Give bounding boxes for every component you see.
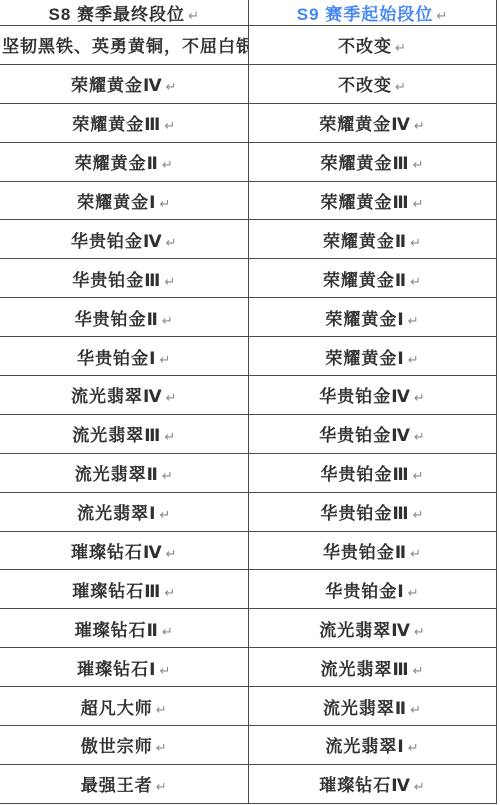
cell-s8-rank: 傲世宗师↵	[0, 726, 248, 765]
s8-rank-text: 流光翡翠Ⅱ	[75, 465, 159, 484]
table-row: 流光翡翠Ⅲ↵ 华贵铂金Ⅳ↵	[0, 414, 496, 453]
s9-rank-text: 华贵铂金Ⅳ	[319, 426, 411, 445]
table-header: S8 赛季最终段位↵ S9 赛季起始段位↵	[0, 0, 496, 26]
table-row: 荣耀黄金Ⅱ↵ 荣耀黄金Ⅲ↵	[0, 142, 496, 181]
return-mark-icon: ↵	[408, 740, 419, 755]
cell-s9-rank: 流光翡翠Ⅲ↵	[248, 648, 496, 687]
return-mark-icon: ↵	[413, 663, 424, 678]
table-row: 璀璨钻石Ⅰ↵ 流光翡翠Ⅲ↵	[0, 648, 496, 687]
table-row: 流光翡翠Ⅱ↵ 华贵铂金Ⅲ↵	[0, 453, 496, 492]
cell-s8-rank: 流光翡翠Ⅰ↵	[0, 492, 248, 531]
cell-s8-rank: 流光翡翠Ⅳ↵	[0, 376, 248, 415]
return-mark-icon: ↵	[159, 352, 170, 367]
table-row: 荣耀黄金Ⅲ↵ 荣耀黄金Ⅳ↵	[0, 103, 496, 142]
s9-rank-text: 华贵铂金Ⅰ	[325, 582, 404, 601]
s8-rank-text: 流光翡翠Ⅲ	[72, 426, 161, 445]
return-mark-icon: ↵	[162, 468, 173, 483]
table-row: 坚韧黑铁、英勇黄铜，不屈白银↵ 不改变↵	[0, 26, 496, 65]
return-mark-icon: ↵	[413, 507, 424, 522]
cell-s8-rank: 荣耀黄金Ⅲ↵	[0, 103, 248, 142]
cell-s8-rank: 华贵铂金Ⅳ↵	[0, 220, 248, 259]
s9-rank-text: 流光翡翠Ⅳ	[319, 621, 411, 640]
table-row: 华贵铂金Ⅲ↵ 荣耀黄金Ⅱ↵	[0, 259, 496, 298]
s9-rank-text: 华贵铂金Ⅳ	[319, 387, 411, 406]
cell-s9-rank: 不改变↵	[248, 64, 496, 103]
s8-rank-text: 华贵铂金Ⅳ	[71, 232, 163, 251]
return-mark-icon: ↵	[414, 779, 425, 794]
s8-rank-text: 流光翡翠Ⅳ	[71, 387, 163, 406]
cell-s9-rank: 荣耀黄金Ⅲ↵	[248, 181, 496, 220]
cell-s9-rank: 华贵铂金Ⅰ↵	[248, 570, 496, 609]
return-mark-icon: ↵	[408, 352, 419, 367]
cell-s9-rank: 流光翡翠Ⅳ↵	[248, 609, 496, 648]
return-mark-icon: ↵	[162, 313, 173, 328]
cell-s9-rank: 华贵铂金Ⅲ↵	[248, 453, 496, 492]
s8-rank-text: 璀璨钻石Ⅱ	[75, 621, 159, 640]
return-mark-icon: ↵	[413, 157, 424, 172]
cell-s9-rank: 荣耀黄金Ⅰ↵	[248, 298, 496, 337]
return-mark-icon: ↵	[156, 702, 167, 717]
return-mark-icon: ↵	[166, 235, 177, 250]
return-mark-icon: ↵	[164, 274, 175, 289]
rank-conversion-table: S8 赛季最终段位↵ S9 赛季起始段位↵ 坚韧黑铁、英勇黄铜，不屈白银↵ 不改…	[0, 0, 497, 804]
cell-s9-rank: 荣耀黄金Ⅲ↵	[248, 142, 496, 181]
cell-s8-rank: 超凡大师↵	[0, 687, 248, 726]
return-mark-icon: ↵	[166, 79, 177, 94]
return-mark-icon: ↵	[156, 740, 167, 755]
cell-s9-rank: 华贵铂金Ⅳ↵	[248, 414, 496, 453]
return-mark-icon: ↵	[164, 118, 175, 133]
return-mark-icon: ↵	[408, 585, 419, 600]
s8-rank-text: 荣耀黄金Ⅳ	[71, 76, 163, 95]
cell-s8-rank: 流光翡翠Ⅱ↵	[0, 453, 248, 492]
table-row: 华贵铂金Ⅰ↵ 荣耀黄金Ⅰ↵	[0, 337, 496, 376]
cell-s9-rank: 不改变↵	[248, 26, 496, 65]
table-row: 傲世宗师↵ 流光翡翠Ⅰ↵	[0, 726, 496, 765]
cell-s9-rank: 流光翡翠Ⅰ↵	[248, 726, 496, 765]
s9-rank-text: 不改变	[338, 76, 392, 95]
table-row: 流光翡翠Ⅳ↵ 华贵铂金Ⅳ↵	[0, 376, 496, 415]
cell-s8-rank: 璀璨钻石Ⅲ↵	[0, 570, 248, 609]
s9-rank-text: 华贵铂金Ⅲ	[321, 504, 410, 523]
table-row: 荣耀黄金Ⅰ↵ 荣耀黄金Ⅲ↵	[0, 181, 496, 220]
s9-rank-text: 流光翡翠Ⅱ	[323, 699, 407, 718]
header-s9-text: S9 赛季起始段位	[297, 5, 434, 24]
s8-rank-text: 最强王者	[81, 776, 153, 795]
cell-s8-rank: 璀璨钻石Ⅳ↵	[0, 531, 248, 570]
s9-rank-text: 璀璨钻石Ⅳ	[319, 776, 411, 795]
cell-s9-rank: 荣耀黄金Ⅱ↵	[248, 220, 496, 259]
return-mark-icon: ↵	[395, 40, 406, 55]
s8-rank-text: 傲世宗师	[81, 737, 153, 756]
return-mark-icon: ↵	[159, 663, 170, 678]
cell-s8-rank: 荣耀黄金Ⅱ↵	[0, 142, 248, 181]
cell-s9-rank: 荣耀黄金Ⅳ↵	[248, 103, 496, 142]
return-mark-icon: ↵	[164, 429, 175, 444]
cell-s9-rank: 华贵铂金Ⅱ↵	[248, 531, 496, 570]
s9-rank-text: 荣耀黄金Ⅳ	[319, 115, 411, 134]
table-body: 坚韧黑铁、英勇黄铜，不屈白银↵ 不改变↵ 荣耀黄金Ⅳ↵ 不改变↵ 荣耀黄金Ⅲ↵ …	[0, 26, 496, 804]
s9-rank-text: 荣耀黄金Ⅰ	[325, 349, 404, 368]
cell-s8-rank: 最强王者↵	[0, 764, 248, 803]
table-row: 荣耀黄金Ⅳ↵ 不改变↵	[0, 64, 496, 103]
cell-s8-rank: 荣耀黄金Ⅰ↵	[0, 181, 248, 220]
return-mark-icon: ↵	[166, 390, 177, 405]
s8-rank-text: 璀璨钻石Ⅲ	[72, 582, 161, 601]
s8-rank-text: 荣耀黄金Ⅲ	[72, 115, 161, 134]
return-mark-icon: ↵	[414, 429, 425, 444]
s9-rank-text: 荣耀黄金Ⅱ	[323, 232, 407, 251]
s8-rank-text: 华贵铂金Ⅲ	[72, 271, 161, 290]
return-mark-icon: ↵	[156, 779, 167, 794]
cell-s9-rank: 华贵铂金Ⅲ↵	[248, 492, 496, 531]
s8-rank-text: 荣耀黄金Ⅱ	[75, 154, 159, 173]
return-mark-icon: ↵	[410, 274, 421, 289]
cell-s9-rank: 华贵铂金Ⅳ↵	[248, 376, 496, 415]
cell-s8-rank: 华贵铂金Ⅰ↵	[0, 337, 248, 376]
return-mark-icon: ↵	[410, 546, 421, 561]
return-mark-icon: ↵	[162, 624, 173, 639]
s8-rank-text: 华贵铂金Ⅰ	[77, 349, 156, 368]
s9-rank-text: 荣耀黄金Ⅲ	[321, 154, 410, 173]
return-mark-icon: ↵	[166, 546, 177, 561]
table-row: 璀璨钻石Ⅱ↵ 流光翡翠Ⅳ↵	[0, 609, 496, 648]
s8-rank-text: 璀璨钻石Ⅰ	[77, 660, 156, 679]
return-mark-icon: ↵	[188, 8, 199, 23]
s8-rank-text: 坚韧黑铁、英勇黄铜，不屈白银	[2, 37, 248, 56]
s8-rank-text: 流光翡翠Ⅰ	[77, 504, 156, 523]
return-mark-icon: ↵	[436, 8, 447, 23]
s9-rank-text: 荣耀黄金Ⅲ	[321, 193, 410, 212]
return-mark-icon: ↵	[414, 390, 425, 405]
table-row: 流光翡翠Ⅰ↵ 华贵铂金Ⅲ↵	[0, 492, 496, 531]
s9-rank-text: 流光翡翠Ⅲ	[321, 660, 410, 679]
return-mark-icon: ↵	[413, 196, 424, 211]
return-mark-icon: ↵	[410, 702, 421, 717]
table-row: 璀璨钻石Ⅲ↵ 华贵铂金Ⅰ↵	[0, 570, 496, 609]
table-row: 华贵铂金Ⅱ↵ 荣耀黄金Ⅰ↵	[0, 298, 496, 337]
return-mark-icon: ↵	[414, 118, 425, 133]
table-row: 璀璨钻石Ⅳ↵ 华贵铂金Ⅱ↵	[0, 531, 496, 570]
return-mark-icon: ↵	[408, 313, 419, 328]
s8-rank-text: 华贵铂金Ⅱ	[75, 310, 159, 329]
s8-rank-text: 荣耀黄金Ⅰ	[77, 193, 156, 212]
cell-s8-rank: 荣耀黄金Ⅳ↵	[0, 64, 248, 103]
cell-s8-rank: 流光翡翠Ⅲ↵	[0, 414, 248, 453]
header-s9-rank: S9 赛季起始段位↵	[248, 0, 496, 26]
return-mark-icon: ↵	[410, 235, 421, 250]
s9-rank-text: 荣耀黄金Ⅰ	[325, 310, 404, 329]
s9-rank-text: 流光翡翠Ⅰ	[325, 737, 404, 756]
cell-s8-rank: 璀璨钻石Ⅱ↵	[0, 609, 248, 648]
cell-s8-rank: 坚韧黑铁、英勇黄铜，不屈白银↵	[0, 26, 248, 65]
s9-rank-text: 华贵铂金Ⅱ	[323, 543, 407, 562]
cell-s8-rank: 璀璨钻石Ⅰ↵	[0, 648, 248, 687]
return-mark-icon: ↵	[413, 468, 424, 483]
s9-rank-text: 不改变	[338, 37, 392, 56]
return-mark-icon: ↵	[414, 624, 425, 639]
header-s8-text: S8 赛季最终段位	[49, 5, 186, 24]
s9-rank-text: 荣耀黄金Ⅱ	[323, 271, 407, 290]
table-row: 超凡大师↵ 流光翡翠Ⅱ↵	[0, 687, 496, 726]
header-s8-rank: S8 赛季最终段位↵	[0, 0, 248, 26]
return-mark-icon: ↵	[162, 157, 173, 172]
cell-s8-rank: 华贵铂金Ⅲ↵	[0, 259, 248, 298]
return-mark-icon: ↵	[395, 79, 406, 94]
s8-rank-text: 超凡大师	[81, 699, 153, 718]
s8-rank-text: 璀璨钻石Ⅳ	[71, 543, 163, 562]
return-mark-icon: ↵	[159, 196, 170, 211]
header-row: S8 赛季最终段位↵ S9 赛季起始段位↵	[0, 0, 496, 26]
cell-s9-rank: 流光翡翠Ⅱ↵	[248, 687, 496, 726]
return-mark-icon: ↵	[164, 585, 175, 600]
table-row: 最强王者↵ 璀璨钻石Ⅳ↵	[0, 764, 496, 803]
s9-rank-text: 华贵铂金Ⅲ	[321, 465, 410, 484]
cell-s9-rank: 璀璨钻石Ⅳ↵	[248, 764, 496, 803]
return-mark-icon: ↵	[159, 507, 170, 522]
cell-s9-rank: 荣耀黄金Ⅱ↵	[248, 259, 496, 298]
cell-s8-rank: 华贵铂金Ⅱ↵	[0, 298, 248, 337]
table-row: 华贵铂金Ⅳ↵ 荣耀黄金Ⅱ↵	[0, 220, 496, 259]
cell-s9-rank: 荣耀黄金Ⅰ↵	[248, 337, 496, 376]
